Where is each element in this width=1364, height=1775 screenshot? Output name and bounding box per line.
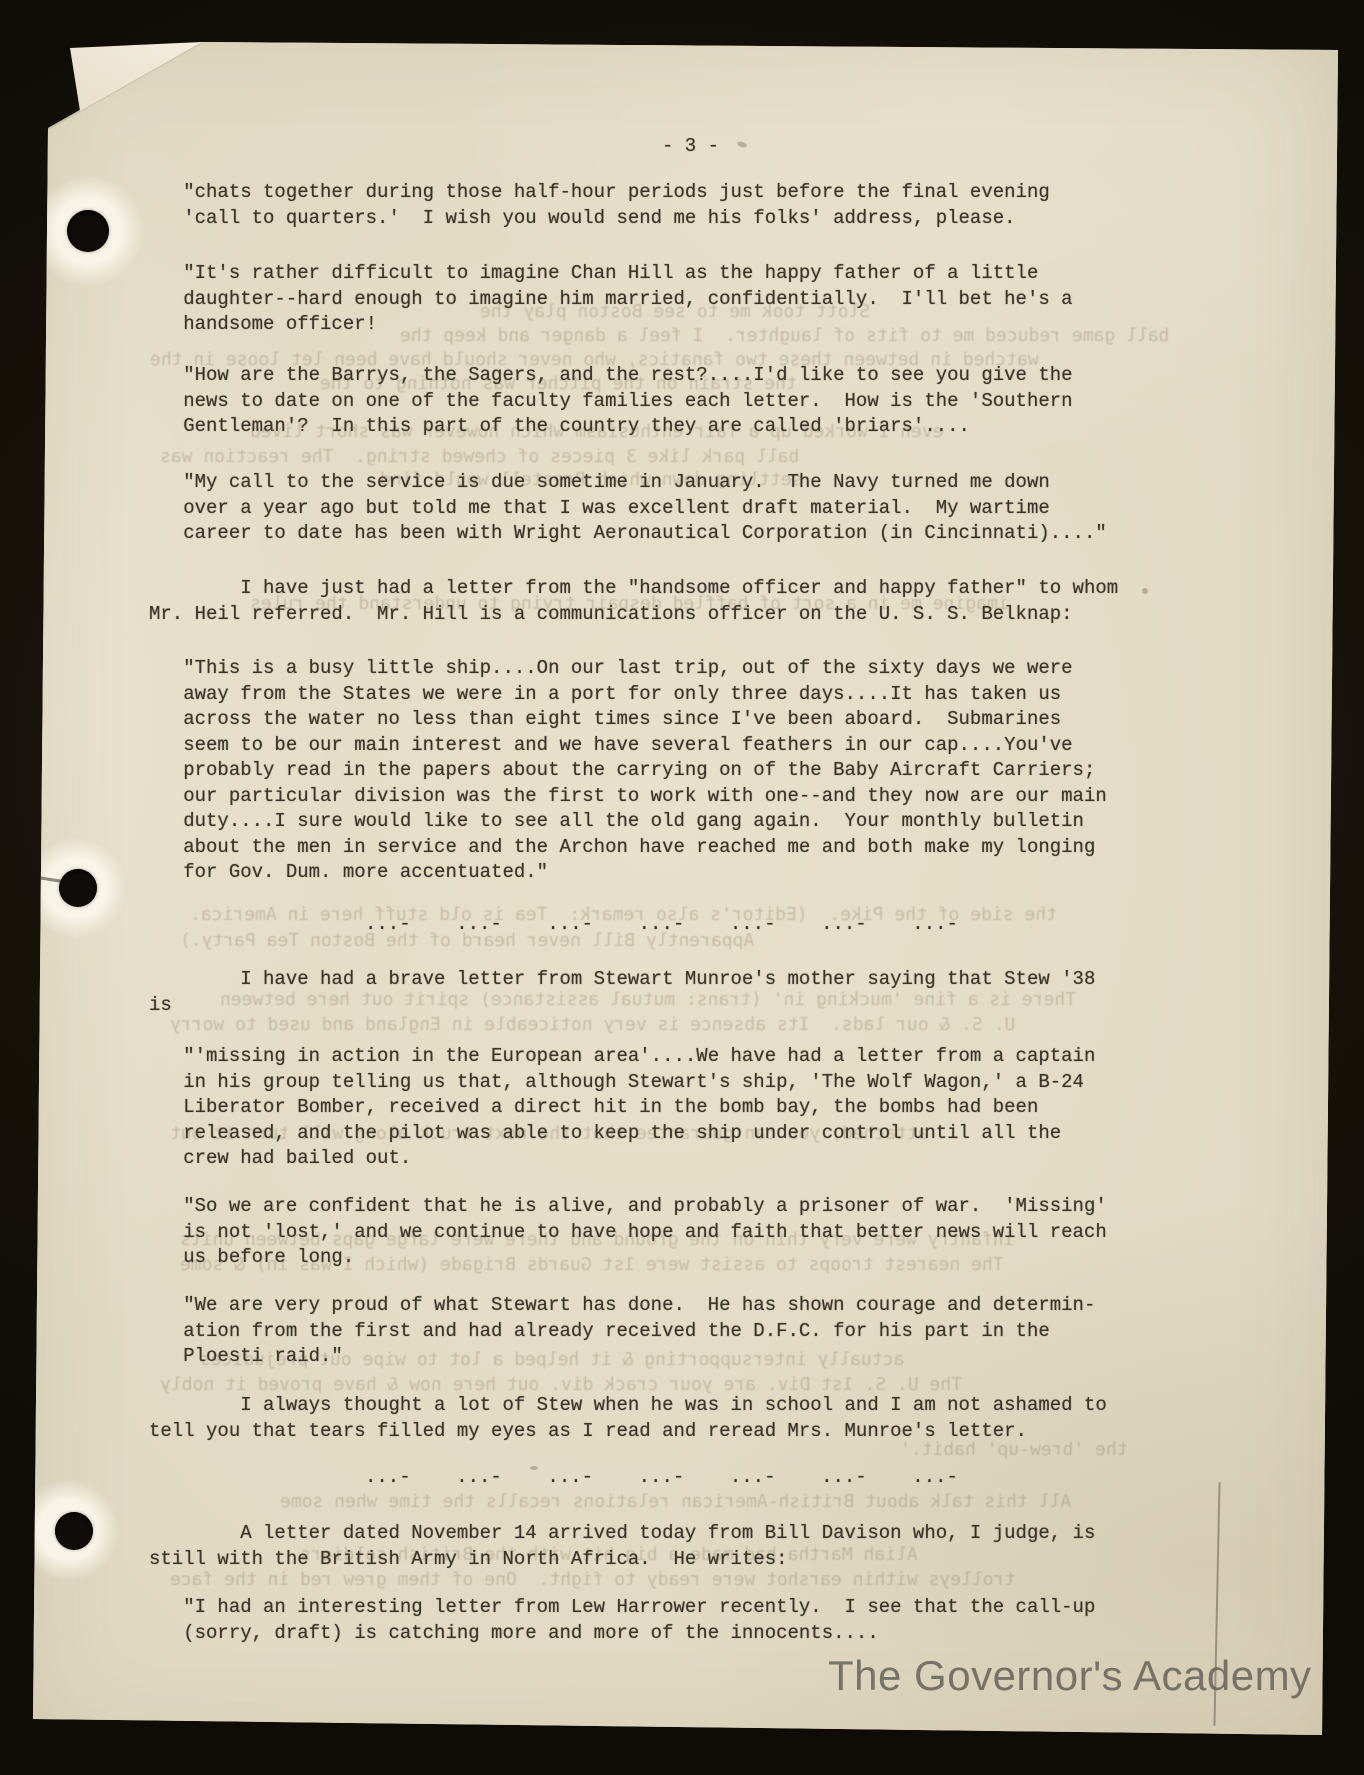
punch-hole-middle xyxy=(59,869,97,907)
bleed-fragment: All this talk about British-American rel… xyxy=(280,1490,1071,1514)
paragraph-2: "It's rather difficult to imagine Chan H… xyxy=(149,261,1073,338)
punch-hole-top xyxy=(67,210,109,252)
paragraph-1: "chats together during those half-hour p… xyxy=(149,180,1050,231)
paragraph-9: "So we are confident that he is alive, a… xyxy=(149,1194,1107,1271)
paragraph-13: "I had an interesting letter from Lew Ha… xyxy=(149,1595,1095,1646)
watermark: The Governor's Academy xyxy=(828,1652,1312,1700)
paragraph-3: "How are the Barrys, the Sagers, and the… xyxy=(149,363,1073,440)
dust-speck xyxy=(1142,588,1148,594)
bleed-fragment: ball park like 3 pieces of chewed string… xyxy=(160,445,799,469)
paragraph-8: "'missing in action in the European area… xyxy=(149,1044,1095,1172)
punch-hole-bottom xyxy=(55,1512,93,1550)
page-number: - 3 - xyxy=(662,134,719,160)
scan-background: Slott took me to see Boston play the bal… xyxy=(0,0,1364,1775)
paragraph-7: I have had a brave letter from Stewart M… xyxy=(149,967,1095,1018)
paragraph-6: "This is a busy little ship....On our la… xyxy=(149,656,1107,886)
paragraph-5: I have just had a letter from the "hands… xyxy=(149,576,1118,627)
paragraph-10: "We are very proud of what Stewart has d… xyxy=(149,1293,1095,1370)
paragraph-11: I always thought a lot of Stew when he w… xyxy=(149,1393,1107,1444)
divider-2: ...- ...- ...- ...- ...- ...- ...- xyxy=(365,1465,958,1491)
dust-speck xyxy=(530,1466,538,1470)
paragraph-12: A letter dated November 14 arrived today… xyxy=(149,1521,1095,1572)
letter-page: Slott took me to see Boston play the bal… xyxy=(0,0,1364,1775)
paragraph-4: "My call to the service is due sometime … xyxy=(149,470,1107,547)
divider-1: ...- ...- ...- ...- ...- ...- ...- xyxy=(365,912,958,938)
